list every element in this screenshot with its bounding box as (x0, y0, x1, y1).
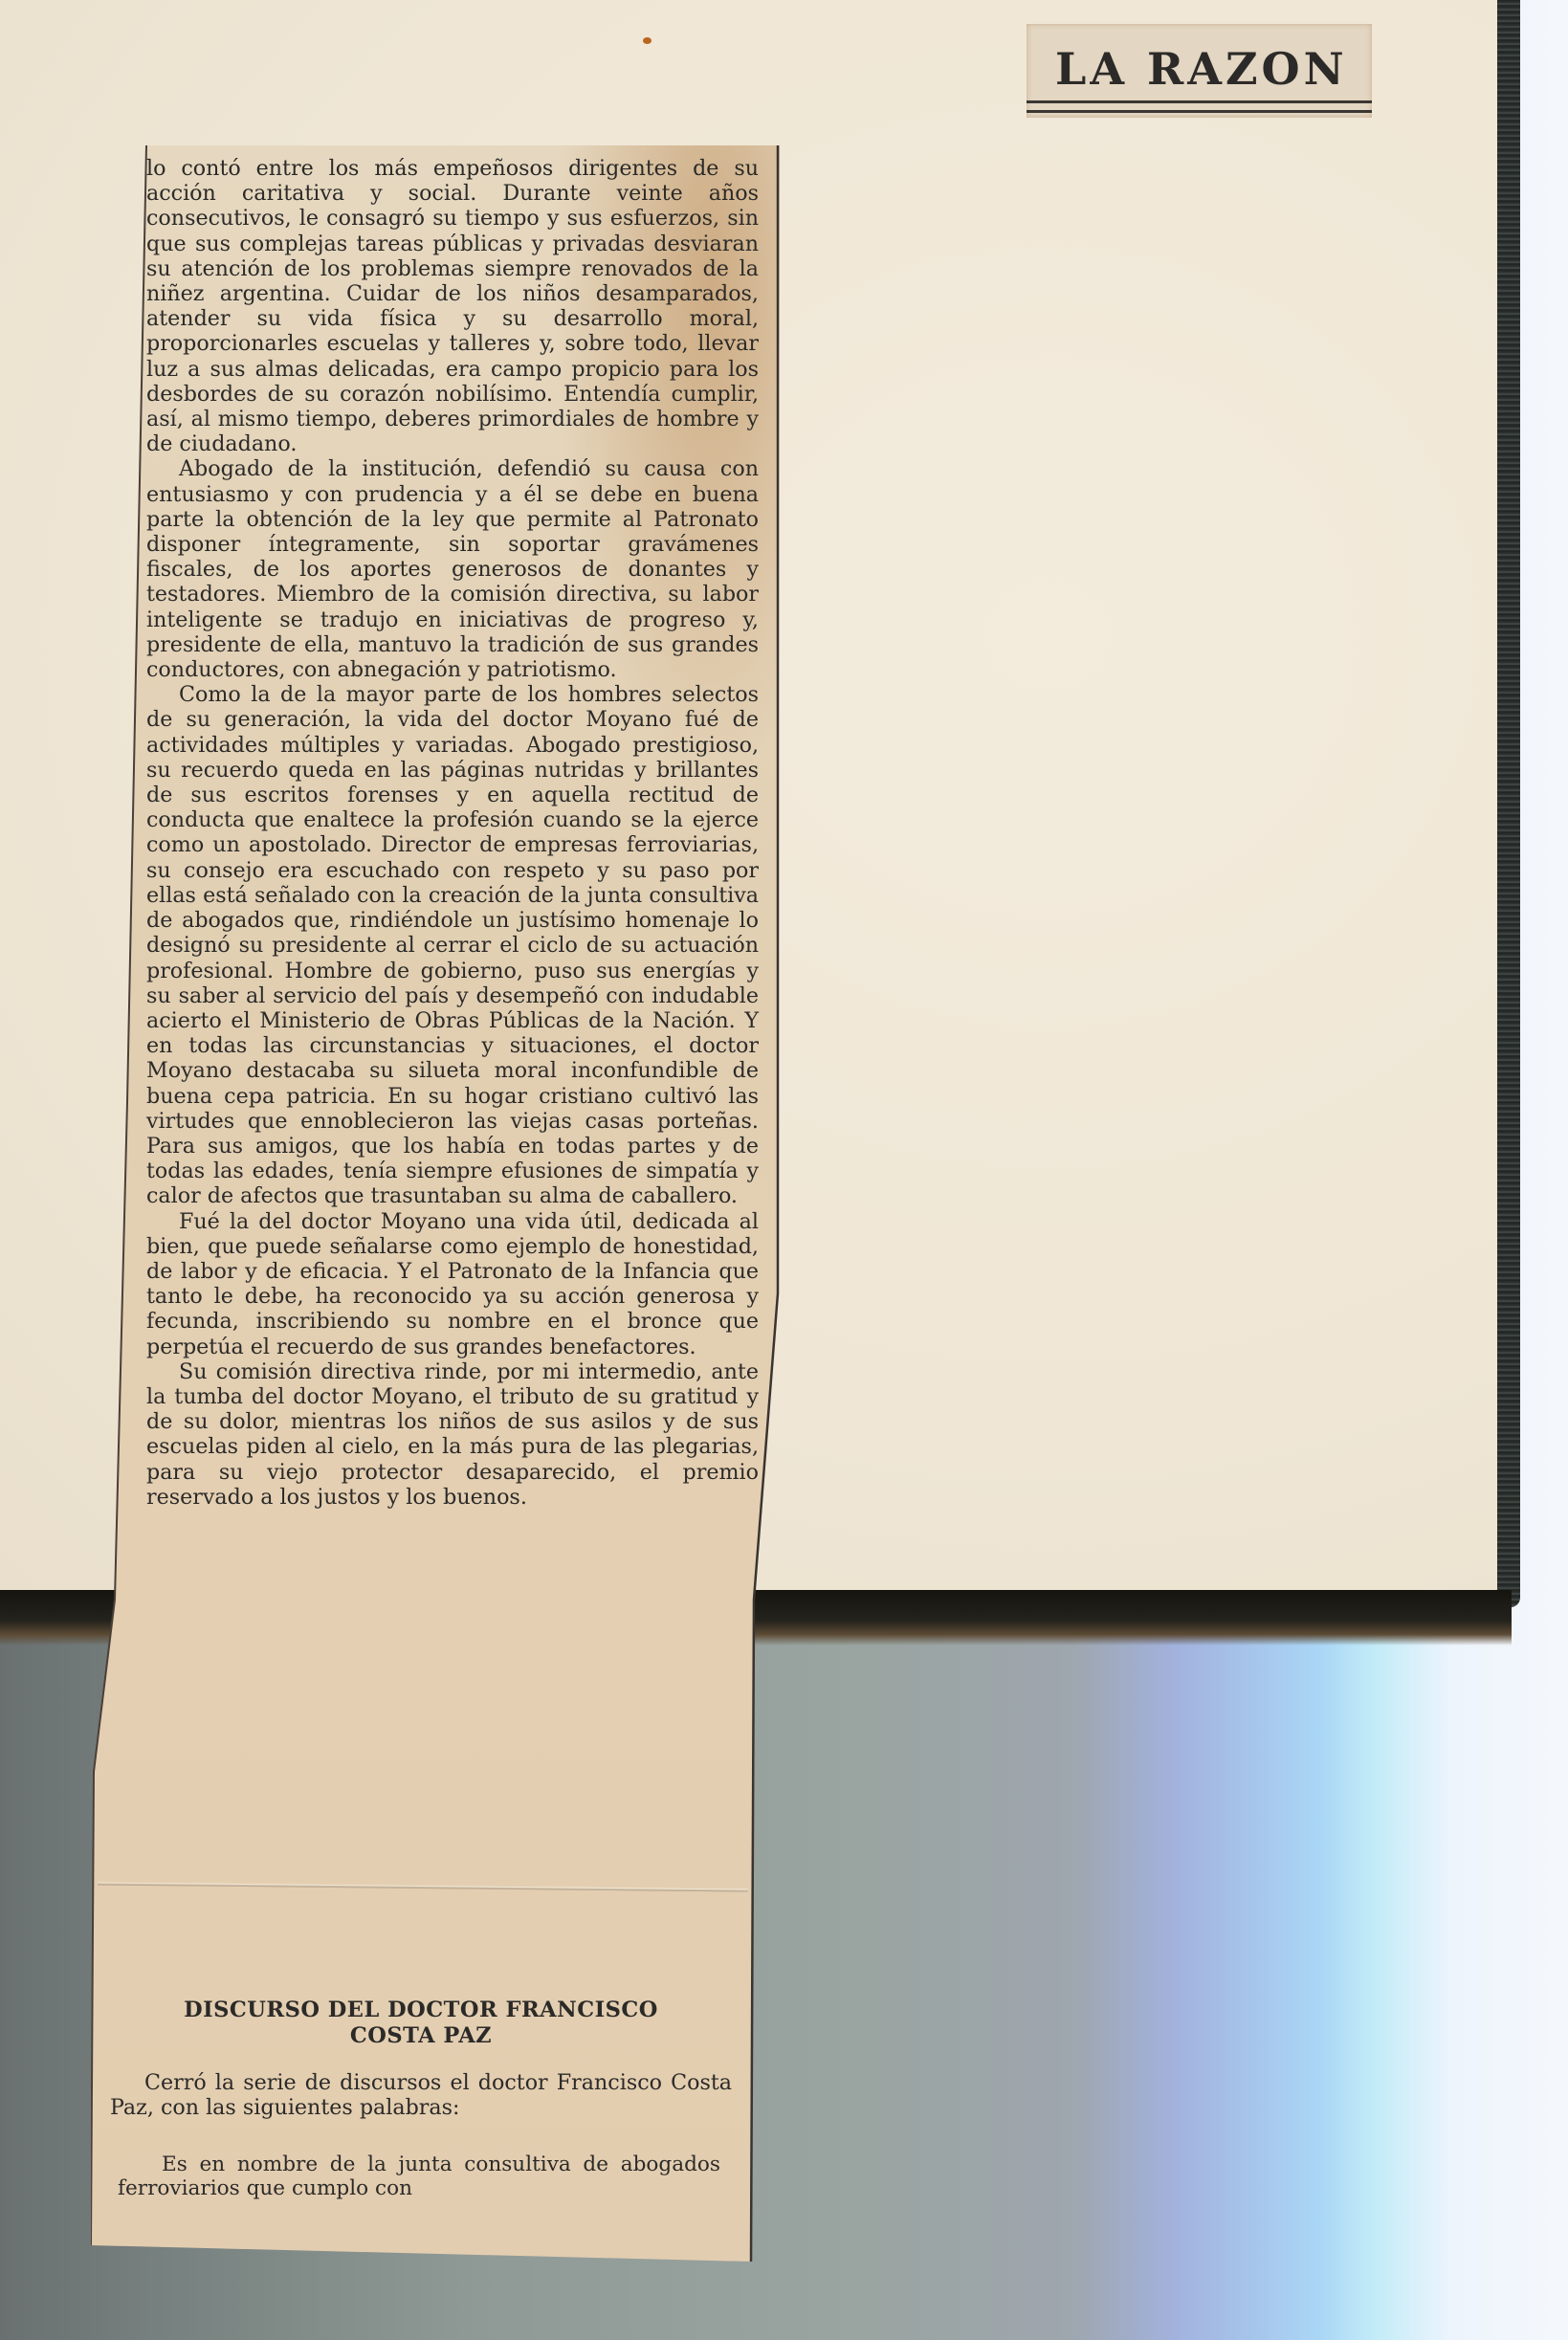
newspaper-name: LA RAZON (1055, 43, 1348, 95)
paragraph: Fué la del doctor Moyano una vida útil, … (146, 1209, 759, 1359)
ink-spot (643, 37, 651, 44)
section-intro: Cerró la serie de discursos el doctor Fr… (110, 2070, 732, 2120)
paragraph: Su comisión directiva rinde, por mi inte… (146, 1359, 759, 1510)
speech-section: DISCURSO DEL DOCTOR FRANCISCO COSTA PAZ … (110, 1998, 732, 2200)
paragraph: Como la de la mayor parte de los hombres… (146, 682, 759, 1208)
book-binding (1497, 0, 1520, 1607)
paragraph: Abogado de la institución, defendió su c… (146, 456, 759, 682)
article-body: lo contó entre los más empeñosos dirigen… (146, 156, 759, 1510)
speech-opening: Es en nombre de la junta consultiva de a… (110, 2152, 732, 2200)
masthead-rule (1027, 110, 1372, 113)
paragraph: lo contó entre los más empeñosos dirigen… (146, 156, 759, 456)
section-heading-continued: COSTA PAZ (110, 2023, 732, 2049)
masthead-rule (1027, 100, 1372, 103)
masthead-clipping: LA RAZON (1027, 24, 1372, 118)
section-heading: DISCURSO DEL DOCTOR FRANCISCO (110, 1998, 732, 2023)
